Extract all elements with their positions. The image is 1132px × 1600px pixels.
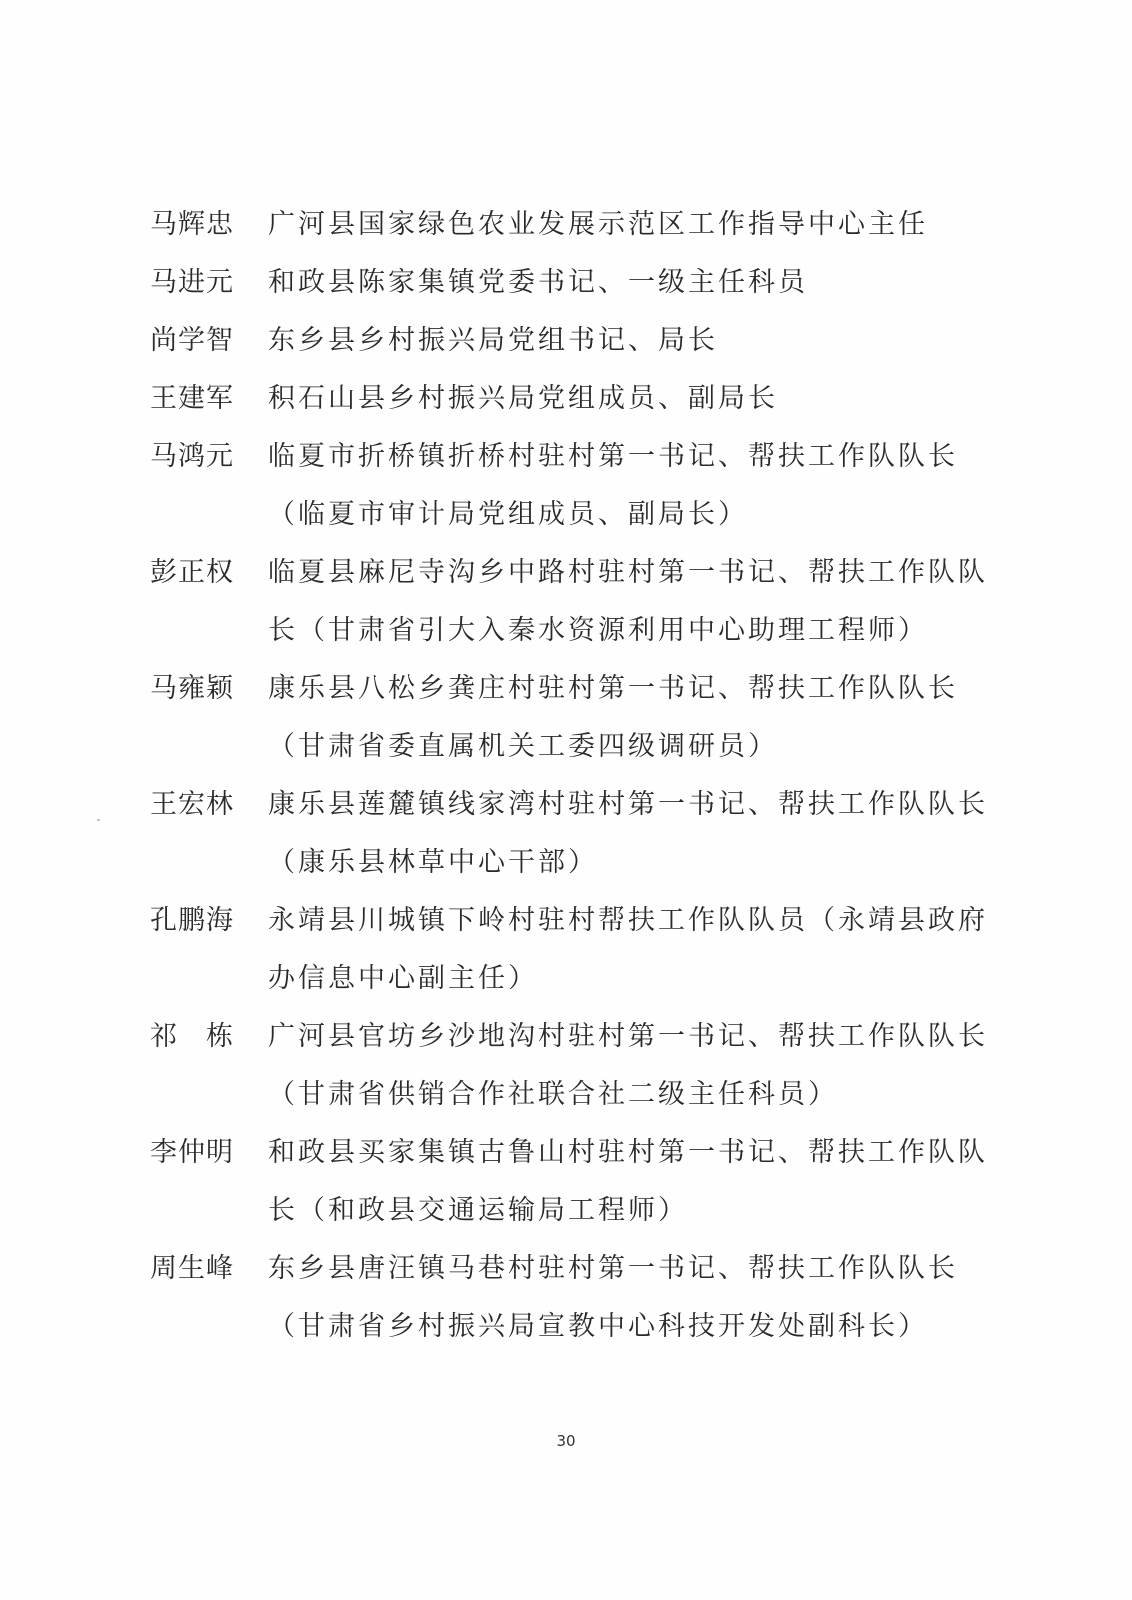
person-position: 临夏市折桥镇折桥村驻村第一书记、帮扶工作队队长 （临夏市审计局党组成员、副局长） (268, 428, 980, 544)
list-item: 马雍颖 康乐县八松乡龚庄村驻村第一书记、帮扶工作队队长 （甘肃省委直属机关工委四… (150, 660, 980, 776)
page-number: 30 (0, 1432, 1132, 1450)
scan-speck (97, 819, 100, 821)
position-line: 办信息中心副主任） (268, 950, 988, 1008)
list-item: 王建军 积石山县乡村振兴局党组成员、副局长 (150, 370, 980, 428)
person-position: 广河县官坊乡沙地沟村驻村第一书记、帮扶工作队队长 （甘肃省供销合作社联合社二级主… (268, 1008, 988, 1124)
list-item: 彭正权 临夏县麻尼寺沟乡中路村驻村第一书记、帮扶工作队队 长（甘肃省引大入秦水资… (150, 544, 980, 660)
person-name: 王建军 (150, 370, 268, 428)
position-line: 长（和政县交通运输局工程师） (268, 1182, 988, 1240)
person-name: 祁 栋 (150, 1008, 268, 1066)
person-name: 李仲明 (150, 1124, 268, 1182)
position-line: 和政县陈家集镇党委书记、一级主任科员 (268, 254, 980, 312)
position-line: （甘肃省乡村振兴局宣教中心科技开发处副科长） (268, 1298, 980, 1356)
person-position: 和政县陈家集镇党委书记、一级主任科员 (268, 254, 980, 312)
person-position: 临夏县麻尼寺沟乡中路村驻村第一书记、帮扶工作队队 长（甘肃省引大入秦水资源利用中… (268, 544, 988, 660)
person-position: 康乐县莲麓镇线家湾村驻村第一书记、帮扶工作队队长 （康乐县林草中心干部） (268, 776, 988, 892)
person-name: 马辉忠 (150, 196, 268, 254)
person-name: 周生峰 (150, 1240, 268, 1298)
position-line: 长（甘肃省引大入秦水资源利用中心助理工程师） (268, 602, 988, 660)
list-item: 周生峰 东乡县唐汪镇马巷村驻村第一书记、帮扶工作队队长 （甘肃省乡村振兴局宣教中… (150, 1240, 980, 1356)
person-name: 彭正权 (150, 544, 268, 602)
person-position: 康乐县八松乡龚庄村驻村第一书记、帮扶工作队队长 （甘肃省委直属机关工委四级调研员… (268, 660, 980, 776)
position-line: 和政县买家集镇古鲁山村驻村第一书记、帮扶工作队队 (268, 1124, 988, 1182)
person-position: 永靖县川城镇下岭村驻村帮扶工作队队员（永靖县政府 办信息中心副主任） (268, 892, 988, 1008)
position-line: （甘肃省供销合作社联合社二级主任科员） (268, 1066, 988, 1124)
position-line: 临夏市折桥镇折桥村驻村第一书记、帮扶工作队队长 (268, 428, 980, 486)
position-line: 积石山县乡村振兴局党组成员、副局长 (268, 370, 980, 428)
person-position: 和政县买家集镇古鲁山村驻村第一书记、帮扶工作队队 长（和政县交通运输局工程师） (268, 1124, 988, 1240)
person-name: 尚学智 (150, 312, 268, 370)
list-item: 祁 栋 广河县官坊乡沙地沟村驻村第一书记、帮扶工作队队长 （甘肃省供销合作社联合… (150, 1008, 980, 1124)
position-line: 广河县国家绿色农业发展示范区工作指导中心主任 (268, 196, 980, 254)
list-item: 马鸿元 临夏市折桥镇折桥村驻村第一书记、帮扶工作队队长 （临夏市审计局党组成员、… (150, 428, 980, 544)
position-line: （康乐县林草中心干部） (268, 834, 988, 892)
position-line: 康乐县莲麓镇线家湾村驻村第一书记、帮扶工作队队长 (268, 776, 988, 834)
position-line: 东乡县唐汪镇马巷村驻村第一书记、帮扶工作队队长 (268, 1240, 980, 1298)
list-item: 李仲明 和政县买家集镇古鲁山村驻村第一书记、帮扶工作队队 长（和政县交通运输局工… (150, 1124, 980, 1240)
person-position: 广河县国家绿色农业发展示范区工作指导中心主任 (268, 196, 980, 254)
person-name: 马雍颖 (150, 660, 268, 718)
position-line: 广河县官坊乡沙地沟村驻村第一书记、帮扶工作队队长 (268, 1008, 988, 1066)
list-item: 孔鹏海 永靖县川城镇下岭村驻村帮扶工作队队员（永靖县政府 办信息中心副主任） (150, 892, 980, 1008)
position-line: （临夏市审计局党组成员、副局长） (268, 486, 980, 544)
list-item: 尚学智 东乡县乡村振兴局党组书记、局长 (150, 312, 980, 370)
list-item: 马进元 和政县陈家集镇党委书记、一级主任科员 (150, 254, 980, 312)
person-position: 积石山县乡村振兴局党组成员、副局长 (268, 370, 980, 428)
list-item: 马辉忠 广河县国家绿色农业发展示范区工作指导中心主任 (150, 196, 980, 254)
document-page: 马辉忠 广河县国家绿色农业发展示范区工作指导中心主任 马进元 和政县陈家集镇党委… (0, 0, 1132, 1600)
person-position: 东乡县乡村振兴局党组书记、局长 (268, 312, 980, 370)
person-name: 马进元 (150, 254, 268, 312)
position-line: 临夏县麻尼寺沟乡中路村驻村第一书记、帮扶工作队队 (268, 544, 988, 602)
position-line: 东乡县乡村振兴局党组书记、局长 (268, 312, 980, 370)
position-line: 康乐县八松乡龚庄村驻村第一书记、帮扶工作队队长 (268, 660, 980, 718)
position-line: 永靖县川城镇下岭村驻村帮扶工作队队员（永靖县政府 (268, 892, 988, 950)
list-item: 王宏林 康乐县莲麓镇线家湾村驻村第一书记、帮扶工作队队长 （康乐县林草中心干部） (150, 776, 980, 892)
person-name: 王宏林 (150, 776, 268, 834)
personnel-list: 马辉忠 广河县国家绿色农业发展示范区工作指导中心主任 马进元 和政县陈家集镇党委… (150, 196, 980, 1356)
person-name: 孔鹏海 (150, 892, 268, 950)
person-position: 东乡县唐汪镇马巷村驻村第一书记、帮扶工作队队长 （甘肃省乡村振兴局宣教中心科技开… (268, 1240, 980, 1356)
position-line: （甘肃省委直属机关工委四级调研员） (268, 718, 980, 776)
person-name: 马鸿元 (150, 428, 268, 486)
